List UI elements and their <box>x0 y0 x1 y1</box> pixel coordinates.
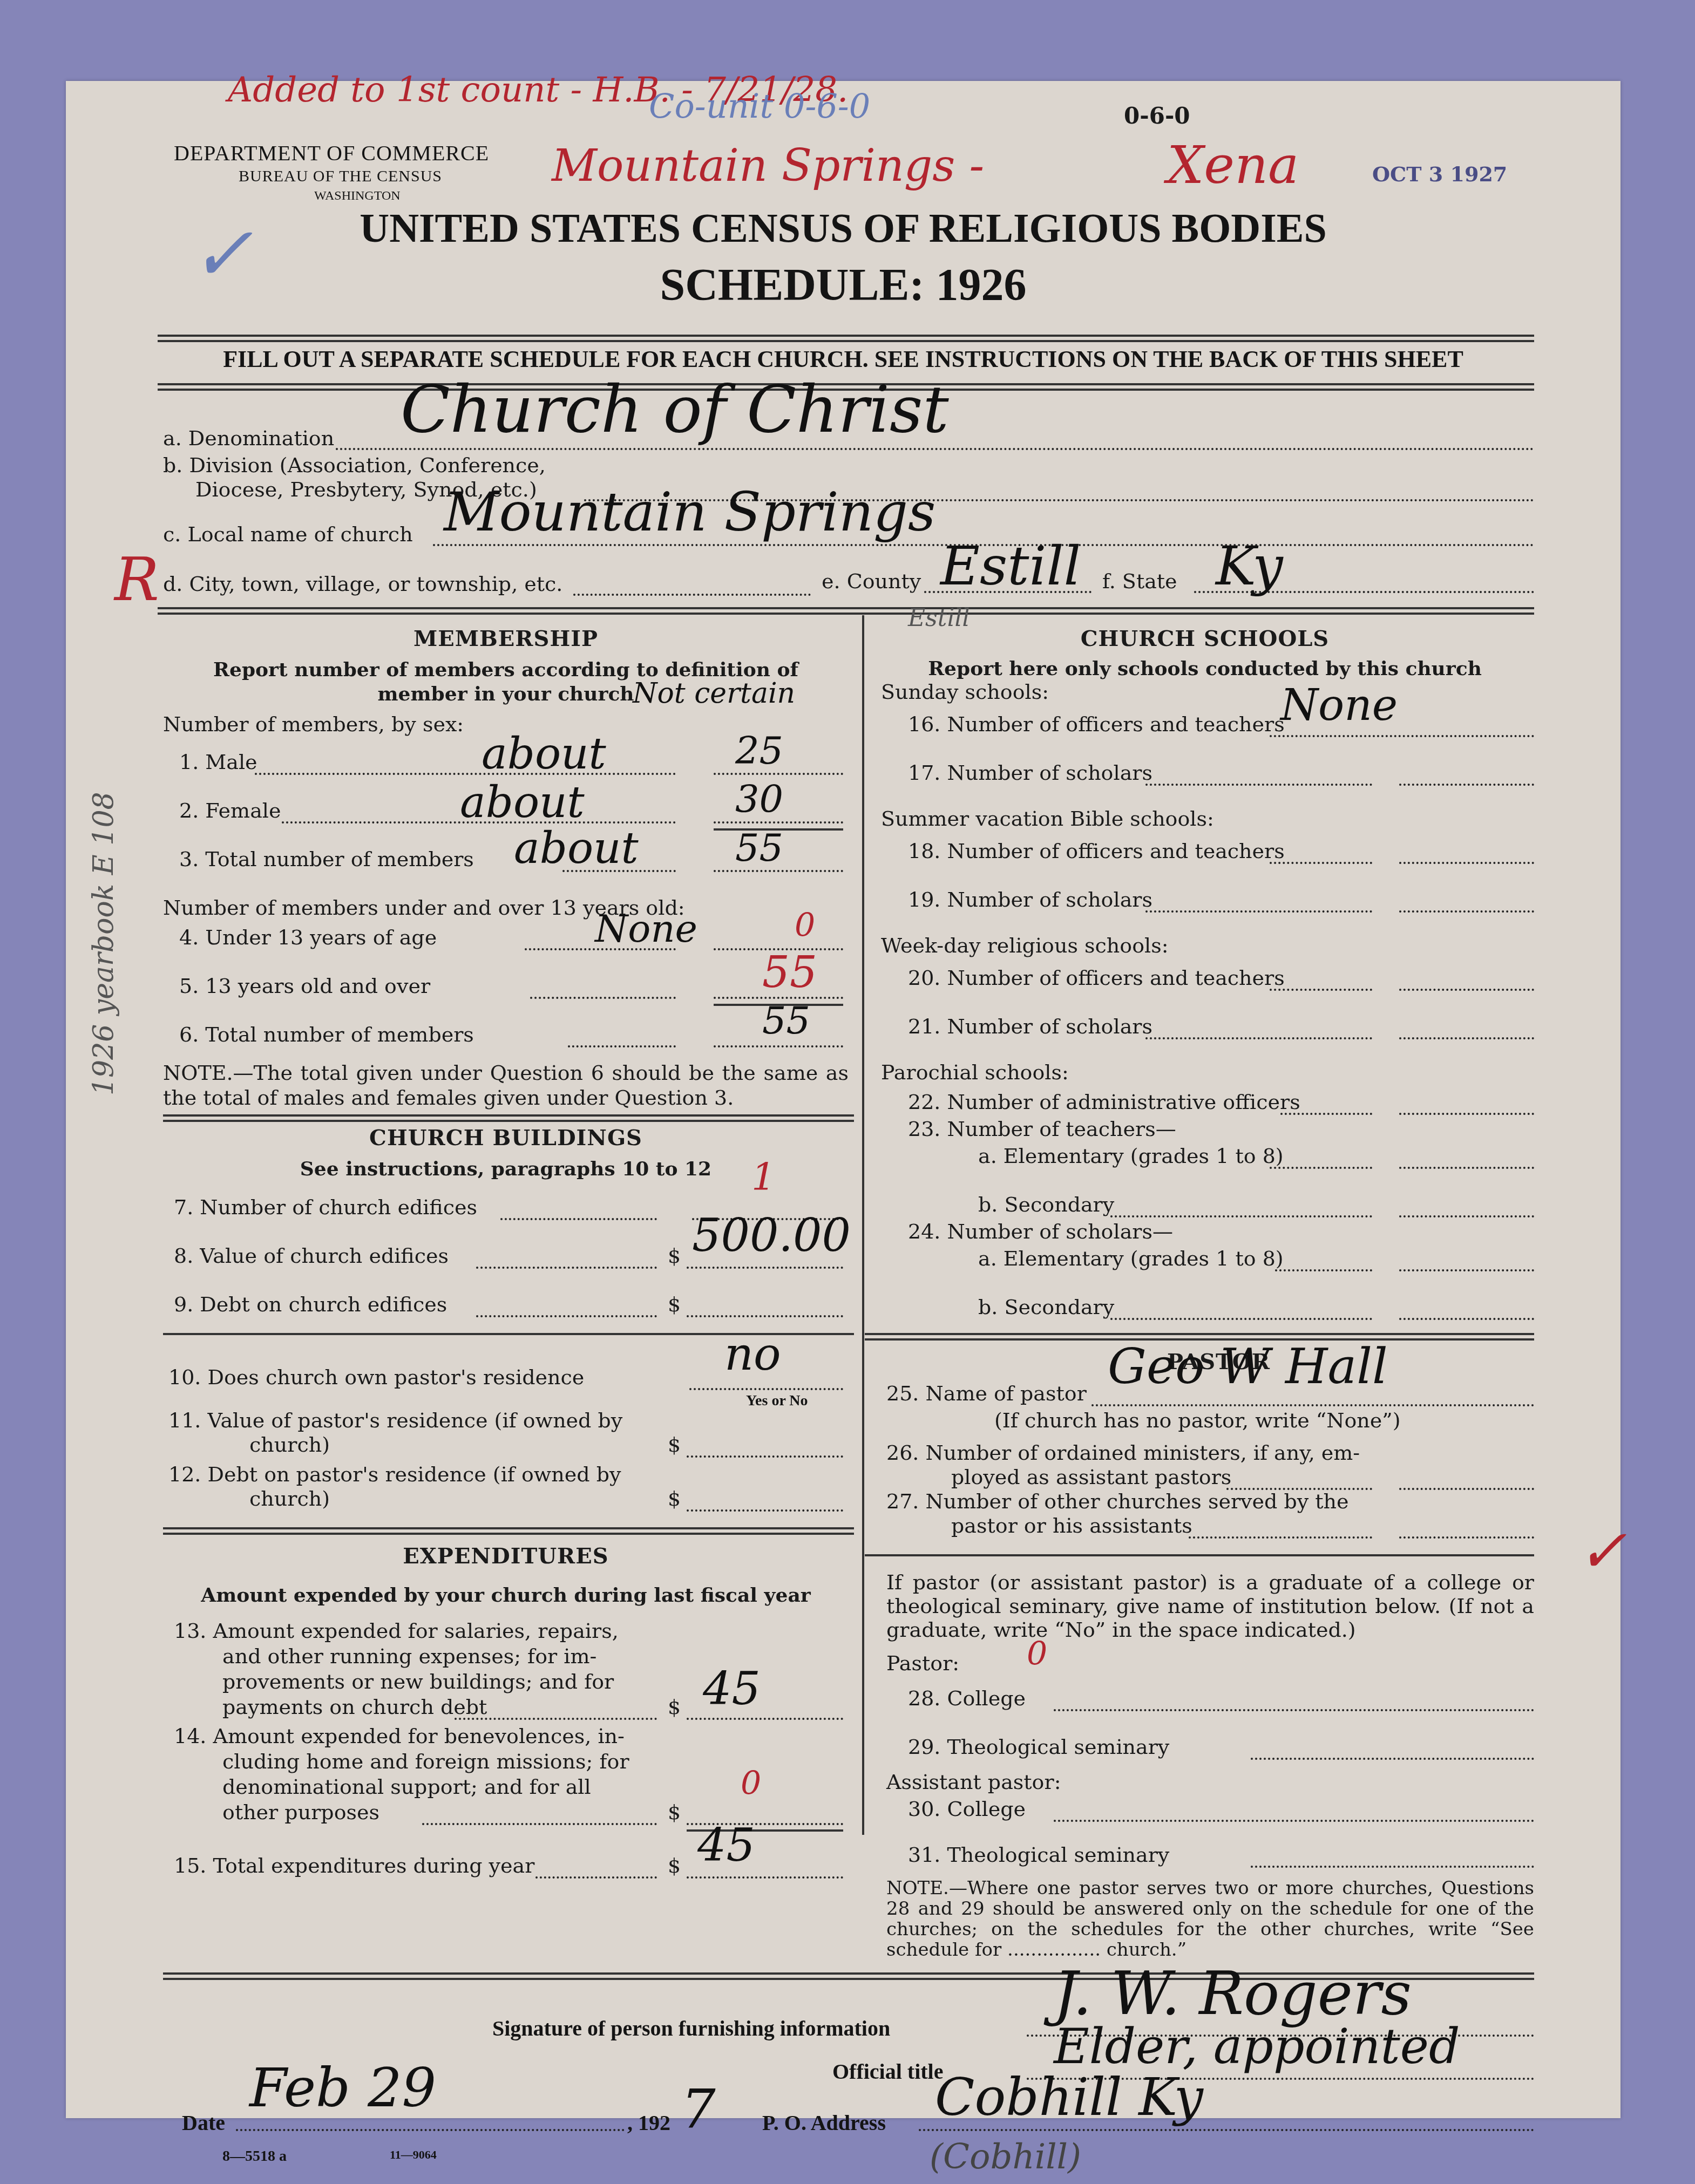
city-name: WASHINGTON <box>314 189 401 203</box>
membership-note: NOTE.—The total given under Question 6 s… <box>163 1060 849 1110</box>
leader-dots <box>422 1823 657 1825</box>
leader-dots <box>1110 1215 1372 1217</box>
leader-dots <box>1110 1318 1372 1320</box>
q23b-field[interactable] <box>1399 1215 1534 1217</box>
print-number: 11—9064 <box>390 2148 437 2162</box>
leader-dots <box>1270 862 1372 864</box>
divider <box>163 1527 854 1535</box>
date-label: Date <box>182 2110 225 2135</box>
q17-field[interactable] <box>1399 784 1534 786</box>
leader-dots <box>476 1267 657 1269</box>
q21-field[interactable] <box>1399 1037 1534 1039</box>
local-name-label: c. Local name of church <box>163 522 413 546</box>
residence-debt-label-1: 12. Debt on pastor's residence (if owned… <box>168 1462 621 1486</box>
schools-subtitle: Report here only schools conducted by th… <box>876 657 1534 680</box>
red-check-mark: ✓ <box>1577 1516 1627 1586</box>
q13-line-4: payments on church debt <box>222 1695 487 1719</box>
county-label: e. County <box>822 569 921 593</box>
under-13-label: 4. Under 13 years of age <box>179 926 437 949</box>
division-label-1: b. Division (Association, Conference, <box>163 453 546 477</box>
assistant-subheading: Assistant pastor: <box>886 1770 1061 1794</box>
residence-owned-field[interactable] <box>689 1388 843 1390</box>
edifices-count-label: 7. Number of church edifices <box>174 1195 477 1219</box>
residence-owned-value: no <box>724 1328 781 1380</box>
multi-church-note: NOTE.—Where one pastor serves two or mor… <box>886 1878 1534 1960</box>
county-value: Estill <box>940 534 1081 597</box>
bureau-name: BUREAU OF THE CENSUS <box>239 167 442 186</box>
pastor-subheading: Pastor: <box>886 1651 959 1675</box>
residence-owned-label: 10. Does church own pastor's residence <box>168 1365 584 1389</box>
residence-debt-field[interactable] <box>687 1509 843 1512</box>
female-count-field[interactable] <box>714 821 843 824</box>
q13-line-3: provements or new buildings; and for <box>222 1670 614 1693</box>
fill-instructions: FILL OUT A SEPARATE SCHEDULE FOR EACH CH… <box>66 345 1621 373</box>
edifices-value-label: 8. Value of church edifices <box>174 1244 449 1268</box>
q29-field[interactable] <box>1251 1758 1534 1760</box>
leader-dots <box>500 1218 657 1220</box>
q14-line-4: other purposes <box>222 1800 379 1824</box>
q14-currency: $ <box>668 1800 681 1824</box>
po-address-note: (Cobhill) <box>930 2137 1081 2177</box>
q30-field[interactable] <box>1054 1820 1534 1822</box>
q19-field[interactable] <box>1399 910 1534 913</box>
divider <box>158 335 1534 342</box>
buildings-subtitle: See instructions, paragraphs 10 to 12 <box>163 1158 849 1180</box>
form-number: 8—5518 a <box>222 2148 287 2165</box>
leader-dots <box>1189 1536 1372 1539</box>
sunday-heading: Sunday schools: <box>881 680 1049 704</box>
q23b-label: b. Secondary <box>978 1193 1114 1216</box>
q27-field[interactable] <box>1399 1536 1534 1539</box>
q20-label: 20. Number of officers and teachers <box>908 966 1285 990</box>
leader-dots <box>1145 1037 1372 1039</box>
date-field[interactable] <box>236 2129 625 2131</box>
membership-title: MEMBERSHIP <box>163 626 849 651</box>
residence-value-label-1: 11. Value of pastor's residence (if owne… <box>168 1409 622 1432</box>
13-and-over-label: 5. 13 years old and over <box>179 974 430 998</box>
male-count-field[interactable] <box>714 773 843 775</box>
summer-heading: Summer vacation Bible schools: <box>881 807 1214 831</box>
expenditures-subtitle: Amount expended by your church during la… <box>163 1584 849 1607</box>
q26-line-2: ployed as assistant pastors <box>951 1465 1231 1489</box>
leader-dots <box>530 997 676 999</box>
red-place-note: Mountain Springs - <box>552 140 984 192</box>
yes-or-no-hint: Yes or No <box>746 1392 808 1410</box>
q28-field[interactable] <box>1054 1709 1534 1711</box>
q31-field[interactable] <box>1251 1866 1534 1868</box>
q21-label: 21. Number of scholars <box>908 1015 1152 1038</box>
leader-dots <box>1145 784 1372 786</box>
q14-line-1: 14. Amount expended for benevolences, in… <box>174 1724 625 1748</box>
state-value: Ky <box>1216 534 1283 597</box>
department-name: DEPARTMENT OF COMMERCE <box>174 140 489 166</box>
q19-label: 19. Number of scholars <box>908 888 1152 911</box>
leader-dots <box>1145 910 1372 913</box>
q14-line-2: cluding home and foreign missions; for <box>222 1750 629 1773</box>
q14-value: 0 <box>741 1765 761 1802</box>
pastor-name-hint: (If church has no pastor, write “None”) <box>994 1409 1401 1432</box>
edifices-debt-label: 9. Debt on church edifices <box>174 1292 447 1316</box>
printed-code: 0-6-0 <box>1124 103 1190 129</box>
residence-value-field[interactable] <box>687 1455 843 1458</box>
denomination-value: Church of Christ <box>401 372 949 447</box>
po-address-value: Cobhill Ky <box>935 2067 1203 2127</box>
margin-yearbook-note: 1926 yearbook E 108 <box>87 792 120 1096</box>
q17-label: 17. Number of scholars <box>908 761 1152 785</box>
total-members-6-count: 55 <box>762 998 810 1043</box>
leader-dots <box>476 1315 657 1317</box>
q24b-label: b. Secondary <box>978 1295 1114 1319</box>
q24-label: 24. Number of scholars— <box>908 1220 1173 1243</box>
q18-field[interactable] <box>1399 862 1534 864</box>
q20-field[interactable] <box>1399 989 1534 991</box>
leader-dots <box>1270 989 1372 991</box>
total-count: 55 <box>735 826 783 870</box>
residence-value-label-2: church) <box>249 1433 330 1457</box>
q23a-field[interactable] <box>1399 1167 1534 1169</box>
under-13-qualifier: None <box>595 907 697 951</box>
q13-value: 45 <box>703 1662 761 1715</box>
total-qualifier: about <box>514 823 639 873</box>
signature-value: J. W. Rogers <box>1054 1959 1412 2028</box>
q16-value: None <box>1280 680 1398 730</box>
total-members-6-field[interactable] <box>714 1045 843 1047</box>
q26-line-1: 26. Number of ordained ministers, if any… <box>886 1441 1360 1465</box>
female-label: 2. Female <box>179 799 281 822</box>
leader-dots <box>455 1718 657 1720</box>
q24a-label: a. Elementary (grades 1 to 8) <box>978 1247 1284 1270</box>
column-divider <box>862 615 864 1835</box>
q22-label: 22. Number of administrative officers <box>908 1090 1300 1114</box>
blue-count-note: Co-unit 0-6-0 <box>649 86 870 126</box>
q14-line-3: denominational support; and for all <box>222 1775 591 1799</box>
q23-label: 23. Number of teachers— <box>908 1117 1176 1141</box>
buildings-title: CHURCH BUILDINGS <box>163 1125 849 1151</box>
residence-debt-currency: $ <box>668 1487 681 1511</box>
q27-line-2: pastor or his assistants <box>951 1514 1192 1537</box>
po-address-field[interactable] <box>919 2129 1534 2131</box>
official-title-label: Official title <box>832 2059 943 2084</box>
q13-line-1: 13. Amount expended for salaries, repair… <box>174 1619 619 1643</box>
q24b-field[interactable] <box>1399 1318 1534 1320</box>
divider <box>163 1114 854 1122</box>
graduate-instructions: If pastor (or assistant pastor) is a gra… <box>886 1570 1534 1642</box>
leader-dots <box>1280 1113 1372 1115</box>
q24a-field[interactable] <box>1399 1269 1534 1271</box>
q31-label: 31. Theological seminary <box>908 1843 1169 1867</box>
form-title: UNITED STATES CENSUS OF RELIGIOUS BODIES <box>66 205 1621 252</box>
date-value: Feb 29 <box>249 2056 436 2119</box>
q15-label: 15. Total expenditures during year <box>174 1854 534 1877</box>
divider <box>158 607 1534 615</box>
divider <box>865 1554 1534 1556</box>
membership-annotation: Not certain <box>633 677 795 710</box>
parochial-heading: Parochial schools: <box>881 1060 1069 1084</box>
local-name-value: Mountain Springs <box>444 480 935 543</box>
expenditures-title: EXPENDITURES <box>163 1543 849 1569</box>
denomination-label: a. Denomination <box>163 426 334 450</box>
q30-label: 30. College <box>908 1797 1026 1821</box>
year-suffix: 7 <box>681 2078 716 2141</box>
edifices-value-field[interactable] <box>687 1267 843 1269</box>
q27-line-1: 27. Number of other churches served by t… <box>886 1489 1349 1513</box>
male-qualifier: about <box>482 729 606 779</box>
residence-value-currency: $ <box>668 1433 681 1457</box>
margin-r-mark: R <box>114 545 159 614</box>
q13-field[interactable] <box>687 1718 843 1720</box>
female-qualifier: about <box>460 777 585 827</box>
q18-label: 18. Number of officers and teachers <box>908 839 1285 863</box>
received-date-stamp: OCT 3 1927 <box>1372 162 1507 186</box>
edifices-value-currency: $ <box>668 1244 681 1268</box>
leader-dots <box>568 1045 676 1047</box>
male-count: 25 <box>735 729 783 773</box>
residence-debt-label-2: church) <box>249 1487 330 1511</box>
city-label: d. City, town, village, or township, etc… <box>163 572 562 596</box>
pastor-graduate-mark: 0 <box>1027 1635 1047 1673</box>
total-members-label: 3. Total number of members <box>179 847 474 871</box>
schools-title: CHURCH SCHOOLS <box>876 626 1534 651</box>
total-count-field[interactable] <box>714 870 843 872</box>
q16-field[interactable] <box>1270 735 1534 737</box>
male-label: 1. Male <box>179 750 257 774</box>
census-schedule-sheet: Added to 1st count - H.B. - 7/21/28. Co-… <box>66 81 1621 2118</box>
13-and-over-count: 55 <box>762 947 817 997</box>
q22-field[interactable] <box>1399 1113 1534 1115</box>
q28-label: 28. College <box>908 1686 1026 1710</box>
pastor-name-value: Geo W Hall <box>1108 1338 1388 1395</box>
denomination-field[interactable] <box>336 448 1534 450</box>
leader-dots <box>255 773 676 775</box>
q15-value: 45 <box>697 1819 755 1872</box>
year-prefix: , 192 <box>627 2110 670 2135</box>
q16-label: 16. Number of officers and teachers <box>908 712 1285 736</box>
under-13-count: 0 <box>795 907 815 944</box>
signature-label: Signature of person furnishing informati… <box>492 2016 890 2041</box>
q29-label: 29. Theological seminary <box>908 1735 1169 1759</box>
female-count: 30 <box>735 777 783 821</box>
q26-field[interactable] <box>1399 1488 1534 1490</box>
q13-line-2: and other running expenses; for im- <box>222 1644 596 1668</box>
pastor-name-label: 25. Name of pastor <box>886 1382 1087 1405</box>
total-members-6-label: 6. Total number of members <box>179 1023 474 1046</box>
edifices-count: 1 <box>751 1155 776 1199</box>
schedule-year: SCHEDULE: 1926 <box>66 259 1621 311</box>
edifices-value: 500.00 <box>692 1209 851 1262</box>
leader-dots <box>1275 1269 1372 1271</box>
q23a-label: a. Elementary (grades 1 to 8) <box>978 1144 1284 1168</box>
city-field[interactable] <box>573 594 811 596</box>
red-name-note: Xena <box>1167 135 1299 195</box>
q15-currency: $ <box>668 1854 681 1877</box>
q15-field[interactable] <box>687 1876 843 1879</box>
leader-dots <box>535 1876 657 1879</box>
pastor-name-field[interactable] <box>1091 1404 1534 1406</box>
state-label: f. State <box>1102 569 1177 593</box>
weekday-heading: Week-day religious schools: <box>881 934 1169 957</box>
edifices-debt-currency: $ <box>668 1292 681 1316</box>
po-address-label: P. O. Address <box>762 2110 886 2135</box>
q13-currency: $ <box>668 1695 681 1719</box>
leader-dots <box>1270 1167 1372 1169</box>
by-sex-heading: Number of members, by sex: <box>163 712 464 736</box>
edifices-debt-field[interactable] <box>687 1315 843 1317</box>
